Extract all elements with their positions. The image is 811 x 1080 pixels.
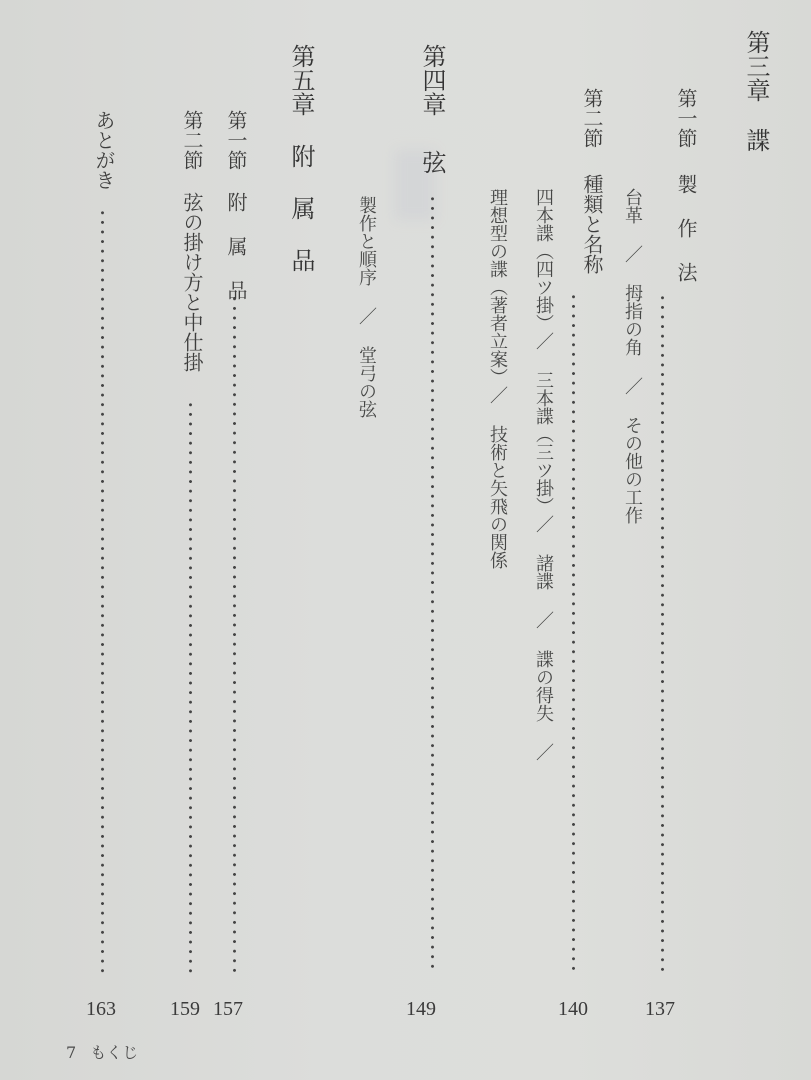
- chapter-4-heading: 第四章弦: [420, 44, 444, 174]
- section-label: 第一節: [674, 88, 698, 148]
- chapter-3-label: 第三章: [742, 30, 770, 102]
- chapter-3-heading: 第三章諜: [744, 30, 768, 152]
- book-page: 第三章諜 第一節製 作 法 台革 ／ 拇指の角 ／ その他の工作 137 第二節…: [0, 0, 811, 1080]
- leader-dots: [572, 292, 575, 974]
- footer-page-number: 7: [66, 1043, 76, 1062]
- section-title: 弦の掛け方と中仕掛: [180, 192, 204, 372]
- chapter-3-title: 諜: [742, 128, 770, 152]
- chapter-5-label: 第五章: [287, 44, 315, 116]
- leader-dots: [233, 294, 236, 974]
- chapter-5-section-1-heading: 第一節附 属 品: [226, 110, 246, 300]
- chapter-4-title: 弦: [418, 150, 446, 174]
- afterword-heading: あとがき: [94, 110, 114, 190]
- page-number-163: 163: [86, 998, 116, 1021]
- chapter-4-label: 第四章: [418, 44, 446, 116]
- chapter-3-section-2-topics-line-1: 四本諜（四ツ掛）／ 三本諜（三ツ掛）／ 諸諜 ／ 諜の得失 ／: [534, 188, 552, 761]
- leader-dots: [661, 293, 664, 973]
- page-number-159: 159: [170, 998, 200, 1021]
- page-number-149: 149: [406, 998, 436, 1021]
- section-label: 第一節: [224, 110, 248, 170]
- page-number-157: 157: [213, 998, 243, 1021]
- chapter-5-section-2-heading: 第二節弦の掛け方と中仕掛: [182, 110, 202, 372]
- page-number-137: 137: [645, 998, 675, 1021]
- section-title: 附 属 品: [224, 192, 248, 300]
- page-number-140: 140: [558, 998, 588, 1021]
- leader-dots: [431, 194, 434, 974]
- chapter-5-title: 附 属 品: [287, 144, 315, 272]
- section-title: 種類と名称: [580, 174, 604, 274]
- chapter-3-section-1-heading: 第一節製 作 法: [676, 88, 696, 282]
- page-footer: 7もくじ: [66, 1040, 152, 1063]
- chapter-3-section-2-topics-line-2: 理想型の諜（著者立案）／ 技術と矢飛の関係: [488, 188, 506, 569]
- section-label: 第二節: [180, 110, 204, 170]
- section-label: 第二節: [580, 88, 604, 148]
- chapter-3-section-1-topics: 台革 ／ 拇指の角 ／ その他の工作: [623, 188, 641, 524]
- chapter-4-topics: 製作と順序 ／ 堂弓の弦: [357, 196, 375, 418]
- leader-dots: [101, 208, 104, 974]
- footer-running-title: もくじ: [90, 1043, 138, 1062]
- chapter-5-heading: 第五章附 属 品: [289, 44, 313, 272]
- chapter-3-section-2-heading: 第二節種類と名称: [582, 88, 602, 274]
- section-title: 製 作 法: [674, 174, 698, 282]
- leader-dots: [189, 400, 192, 974]
